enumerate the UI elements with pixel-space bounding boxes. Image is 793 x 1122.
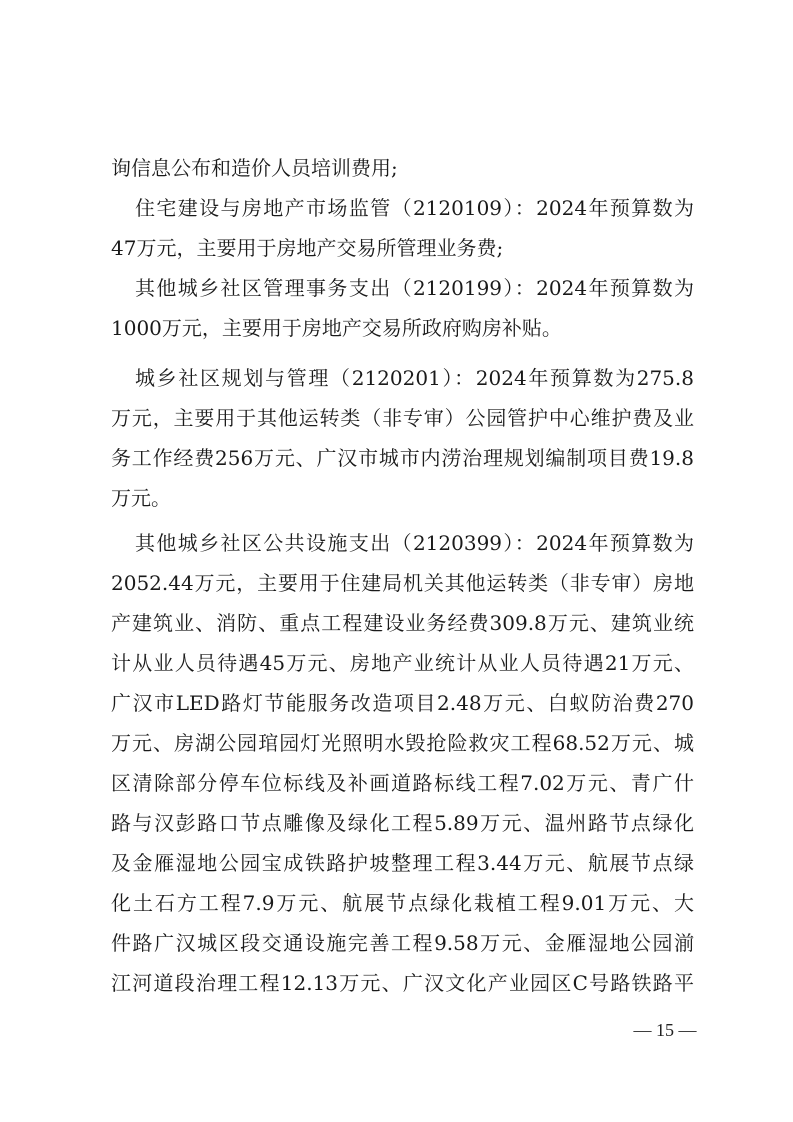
text-line-15: 万元、房湖公园琯园灯光照明水毁抢险救灾工程68.52万元、城	[111, 723, 694, 763]
text-line-6: 城乡社区规划与管理（2120201）：2024年预算数为275.8	[135, 358, 694, 398]
text-line-8: 务工作经费256万元、广汉市城市内涝治理规划编制项目费19.8	[111, 438, 694, 478]
text-line-12: 产建筑业、消防、重点工程建设业务经费309.8万元、建筑业统	[111, 603, 694, 643]
text-line-21: 江河道段治理工程12.13万元、广汉文化产业园区C号路铁路平	[111, 963, 694, 1003]
page-number: — 15 —	[620, 1020, 710, 1041]
text-line-16: 区清除部分停车位标线及补画道路标线工程7.02万元、青广什	[111, 763, 694, 803]
text-line-18: 及金雁湿地公园宝成铁路护坡整理工程3.44万元、航展节点绿	[111, 843, 694, 883]
text-line-17: 路与汉彭路口节点雕像及绿化工程5.89万元、温州路节点绿化	[111, 803, 694, 843]
document-page: 询信息公布和造价人员培训费用; 住宅建设与房地产市场监管（2120109）：20…	[0, 0, 793, 1122]
text-line-1: 询信息公布和造价人员培训费用;	[111, 148, 694, 188]
text-line-9: 万元。	[111, 478, 694, 518]
text-line-3: 47万元，主要用于房地产交易所管理业务费;	[111, 228, 694, 268]
text-line-7: 万元，主要用于其他运转类（非专审）公园管护中心维护费及业	[111, 398, 694, 438]
text-line-14: 广汉市LED路灯节能服务改造项目2.48万元、白蚁防治费270	[111, 683, 694, 723]
text-line-19: 化土石方工程7.9万元、航展节点绿化栽植工程9.01万元、大	[111, 883, 694, 923]
text-line-4: 其他城乡社区管理事务支出（2120199）：2024年预算数为	[135, 268, 694, 308]
text-line-2: 住宅建设与房地产市场监管（2120109）：2024年预算数为	[135, 188, 694, 228]
text-line-5: 1000万元，主要用于房地产交易所政府购房补贴。	[111, 308, 694, 348]
text-line-11: 2052.44万元，主要用于住建局机关其他运转类（非专审）房地	[111, 563, 694, 603]
text-line-20: 件路广汉城区段交通设施完善工程9.58万元、金雁湿地公园湔	[111, 923, 694, 963]
text-line-10: 其他城乡社区公共设施支出（2120399）：2024年预算数为	[135, 523, 694, 563]
text-line-13: 计从业人员待遇45万元、房地产业统计从业人员待遇21万元、	[111, 643, 694, 683]
